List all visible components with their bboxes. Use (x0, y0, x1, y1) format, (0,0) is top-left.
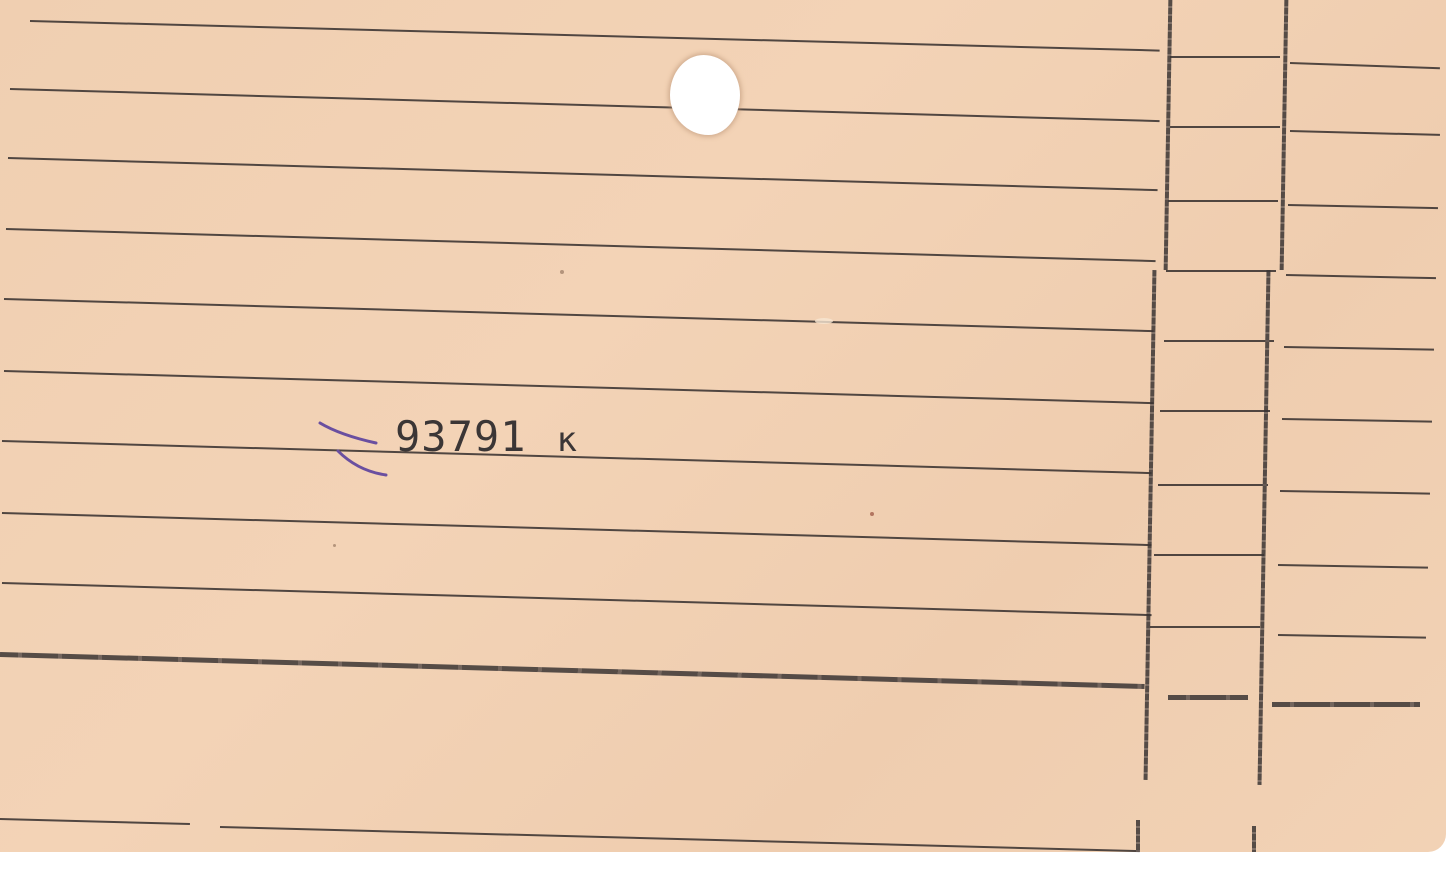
column-divider (1252, 826, 1256, 852)
rule-line (1154, 554, 1264, 556)
rule-line (1284, 346, 1434, 351)
column-divider (1144, 270, 1157, 780)
paper-speck (815, 318, 833, 324)
heavy-rule-line (1168, 695, 1248, 700)
rule-line (1170, 56, 1280, 58)
column-divider (1164, 0, 1173, 270)
column-divider (1280, 0, 1289, 270)
rule-line (30, 20, 1160, 52)
rule-line (1278, 564, 1428, 569)
column-divider (1136, 820, 1140, 852)
pen-mark-icon (310, 415, 400, 485)
punch-hole (670, 55, 740, 135)
rule-line (1158, 484, 1268, 486)
rule-line (1282, 418, 1432, 423)
rule-line (1290, 62, 1440, 69)
rule-line (1164, 340, 1274, 342)
entry-suffix: к (556, 420, 577, 460)
rule-line (1280, 490, 1430, 495)
rule-line (2, 582, 1152, 616)
rule-line (4, 370, 1154, 404)
column-divider (1258, 270, 1271, 785)
rule-line (1166, 270, 1276, 272)
rule-line (0, 818, 190, 825)
rule-line (1290, 130, 1440, 136)
rule-line (4, 298, 1154, 332)
heavy-rule-line (0, 652, 1145, 689)
typed-entry: 93791к (395, 412, 578, 461)
entry-number: 93791 (395, 412, 526, 461)
rule-line (1160, 410, 1270, 412)
rule-line (1278, 634, 1426, 639)
rule-line (6, 228, 1156, 262)
paper-speck (870, 512, 874, 516)
rule-line (1288, 204, 1438, 209)
rule-line (1170, 126, 1280, 128)
rule-line (1168, 200, 1278, 202)
rule-line (1150, 626, 1260, 628)
rule-line (2, 512, 1152, 546)
rule-line (10, 88, 1160, 122)
paper-speck (560, 270, 564, 274)
heavy-rule-line (1272, 702, 1420, 707)
rule-line (220, 826, 1140, 852)
rule-line (8, 157, 1158, 191)
paper-speck (333, 544, 336, 547)
rule-line (1286, 274, 1436, 279)
index-card: 93791к (0, 0, 1446, 852)
